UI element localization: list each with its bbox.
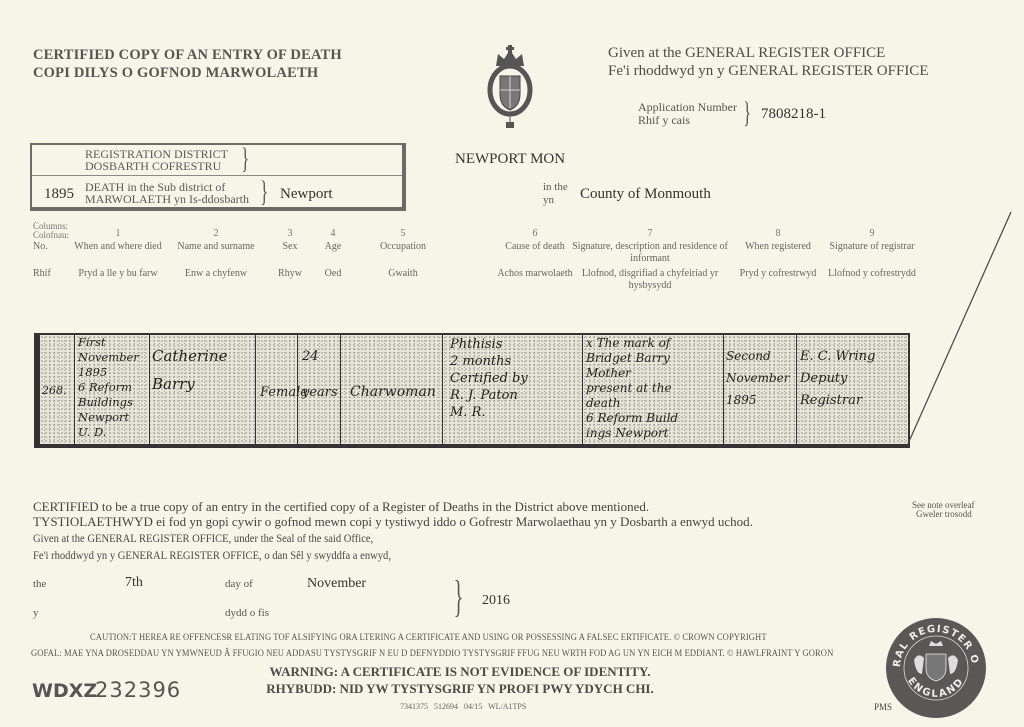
sub-district-value: Newport — [280, 186, 333, 203]
handwritten-line: R. J. Paton — [450, 388, 518, 403]
brace-icon: } — [743, 99, 751, 127]
handwritten-line: Bridget Barry — [586, 351, 670, 366]
title-en: CERTIFIED COPY OF AN ENTRY OF DEATH — [33, 46, 342, 64]
caution-cy: GOFAL: MAE YNA DROSEDDAU YN YMWNEUD Â FF… — [31, 649, 833, 659]
seal-en: Given at the GENERAL REGISTER OFFICE, un… — [33, 531, 373, 548]
serial-number: 232396 — [95, 678, 181, 702]
handwritten-line: 2 months — [450, 354, 511, 369]
caution-en: CAUTION:T HEREA RE OFFENCESR ELATING TOF… — [90, 633, 767, 643]
cert-month: November — [307, 576, 366, 592]
handwritten-line: Second — [726, 349, 771, 364]
handwritten-line: Newport — [78, 410, 129, 425]
print-code: 7341375 512694 04/15 WL/A1TPS — [400, 702, 520, 711]
cert-year: 2016 — [482, 593, 510, 609]
handwritten-line: Phthisis — [450, 337, 502, 352]
handwritten-line: Certified by — [450, 371, 528, 386]
column-header-en: Occupation — [338, 241, 468, 253]
handwritten-line: November — [726, 371, 790, 386]
the-label-cy: y — [33, 607, 39, 619]
no-label-cy: Rhif — [33, 268, 51, 280]
seal-cy: Fe'i rhoddwyd yn y GENERAL REGISTER OFFI… — [33, 548, 391, 565]
cancel-line — [903, 210, 1013, 450]
column-header-cy: Gwaith — [338, 268, 468, 280]
warning-cy: RHYBUDD: NID YW TYSTYSGRIF YN PROFI PWY … — [230, 680, 690, 697]
handwritten-line: E. C. Wring — [800, 349, 875, 364]
handwritten-line: 6 Reform — [78, 380, 132, 395]
handwritten-line: November — [78, 350, 139, 365]
sub-district-label-cy: MARWOLAETH yn Is-ddosbarth — [85, 193, 249, 206]
reg-district-value: NEWPORT MON — [455, 151, 565, 168]
handwritten-line: 6 Reform Build — [586, 411, 678, 426]
certified-cy: TYSTIOLAETHWYD ei fod yn gopi cywir o go… — [33, 514, 753, 529]
handwritten-line: U. D. — [78, 425, 106, 440]
entry-occupation: Charwoman — [350, 385, 436, 400]
entry-sex: Female — [260, 385, 308, 400]
warning-en: WARNING: A CERTIFICATE IS NOT EVIDENCE O… — [230, 663, 690, 680]
pms-label: PMS — [874, 702, 892, 712]
brace-icon: } — [241, 145, 249, 173]
register-entry: 268. FirstNovember18956 ReformBuildingsN… — [34, 333, 910, 448]
handwritten-line: Barry — [152, 377, 195, 392]
county-label-en: in the — [543, 181, 568, 194]
day-of-label-en: day of — [225, 578, 253, 590]
note-overleaf-cy: Gweler trosodd — [916, 509, 972, 519]
given-at-cy: Fe'i rhoddwyd yn y GENERAL REGISTER OFFI… — [608, 62, 928, 80]
serial-prefix: WDXZ — [32, 680, 97, 702]
handwritten-line: Buildings — [78, 395, 133, 410]
application-number: 7808218-1 — [761, 106, 826, 123]
handwritten-line: years — [302, 385, 338, 400]
application-number-label-cy: Rhif y cais — [638, 114, 690, 127]
handwritten-line: M. R. — [450, 405, 486, 420]
title-cy: COPI DILYS O GOFNOD MARWOLAETH — [33, 64, 318, 82]
handwritten-line: 1895 — [726, 393, 757, 408]
handwritten-line: Registrar — [800, 393, 862, 408]
handwritten-line: First — [78, 335, 106, 350]
the-label-en: the — [33, 578, 46, 590]
handwritten-line: x The mark of — [586, 336, 670, 351]
brace-icon: } — [454, 575, 464, 619]
column-header-en: Signature, description and residence of … — [570, 241, 730, 265]
handwritten-line: death — [586, 396, 621, 411]
day-of-label-cy: dydd o fis — [225, 607, 269, 619]
handwritten-line: Deputy — [800, 371, 847, 386]
reg-district-label-cy: DOSBARTH COFRESTRU — [85, 160, 221, 173]
handwritten-line: Catherine — [152, 349, 228, 364]
column-number: 7 — [570, 228, 730, 240]
county-value: County of Monmouth — [580, 186, 711, 203]
entry-no: 268. — [42, 383, 67, 398]
no-label-en: No. — [33, 241, 48, 253]
year: 1895 — [44, 186, 74, 203]
handwritten-line: Mother — [586, 366, 631, 381]
handwritten-line: 1895 — [78, 365, 107, 380]
county-label-cy: yn — [543, 194, 554, 207]
cert-day: 7th — [125, 575, 143, 591]
brace-icon: } — [260, 178, 268, 206]
column-number: 5 — [338, 228, 468, 240]
gro-seal-icon: GENERAL REGISTER OFFICE × ENGLAND × — [884, 616, 988, 720]
given-at-en: Given at the GENERAL REGISTER OFFICE — [608, 44, 885, 62]
royal-crest-icon — [484, 44, 536, 134]
handwritten-line: ings Newport — [586, 426, 669, 441]
column-header-cy: Llofnod, disgrifiad a chyfeiriad yr hysb… — [570, 268, 730, 292]
certified-en: CERTIFIED to be a true copy of an entry … — [33, 499, 649, 514]
handwritten-line: 24 — [302, 349, 319, 364]
handwritten-line: present at the — [586, 381, 672, 396]
